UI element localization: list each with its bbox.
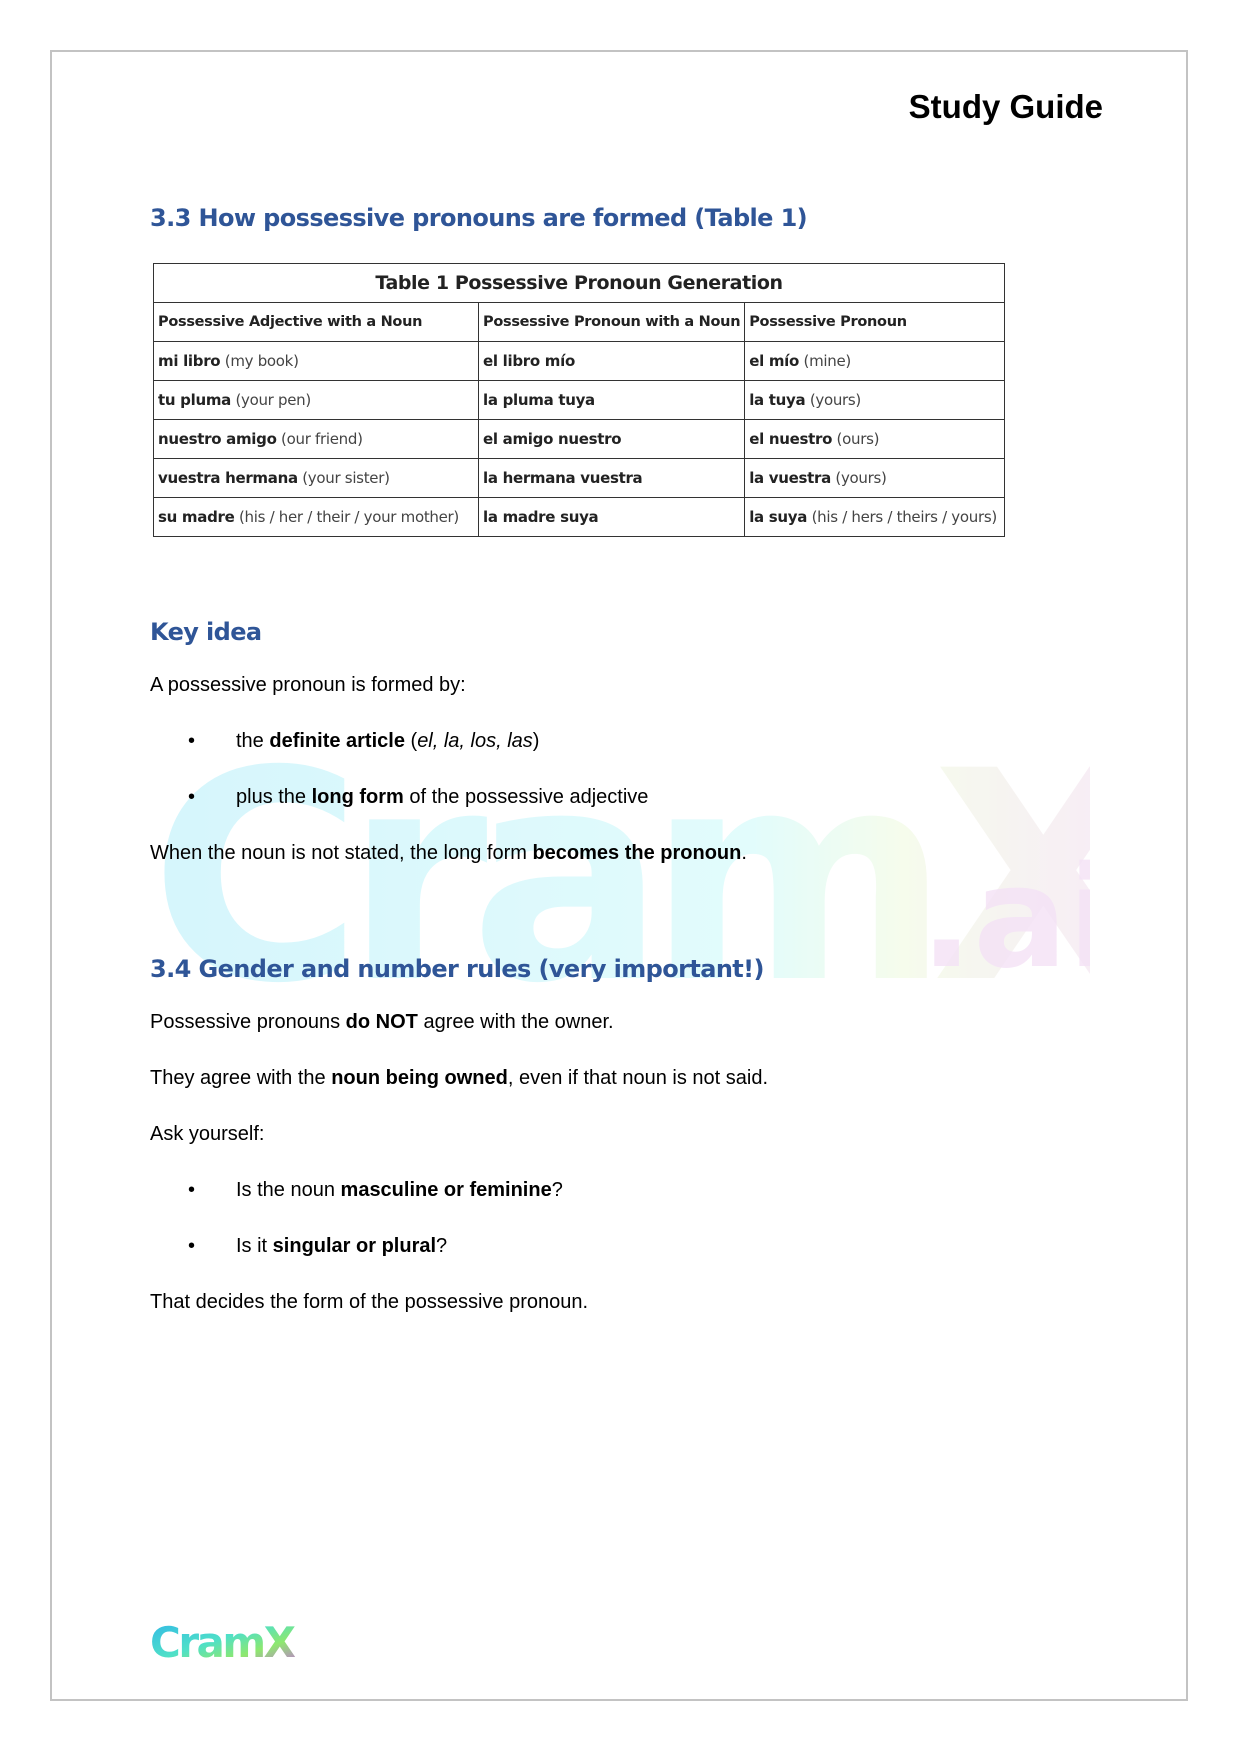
bullet-item: •the definite article (el, la, los, las)	[188, 730, 539, 753]
section-3-3-heading: 3.3 How possessive pronouns are formed (…	[150, 204, 807, 232]
adjective-cell: tu pluma (your pen)	[154, 381, 479, 420]
pronoun-cell: la suya (his / hers / theirs / yours)	[745, 498, 1005, 537]
table-row: vuestra hermana (your sister) la hermana…	[154, 459, 1005, 498]
pronoun-with-noun-cell: el libro mío	[479, 342, 745, 381]
adjective-cell: mi libro (my book)	[154, 342, 479, 381]
document-title: Study Guide	[909, 88, 1103, 126]
column-header: Possessive Pronoun	[745, 303, 1005, 342]
table-row: tu pluma (your pen) la pluma tuya la tuy…	[154, 381, 1005, 420]
key-idea-intro: A possessive pronoun is formed by:	[150, 674, 466, 697]
paragraph: That decides the form of the possessive …	[150, 1291, 588, 1314]
pronoun-with-noun-cell: la madre suya	[479, 498, 745, 537]
pronoun-with-noun-cell: el amigo nuestro	[479, 420, 745, 459]
adjective-cell: su madre (his / her / their / your mothe…	[154, 498, 479, 537]
cramx-footer-logo: CramX	[150, 1617, 300, 1667]
bullet-item: •Is the noun masculine or feminine?	[188, 1179, 563, 1202]
pronoun-cell: el nuestro (ours)	[745, 420, 1005, 459]
paragraph: They agree with the noun being owned, ev…	[150, 1067, 768, 1090]
adjective-cell: nuestro amigo (our friend)	[154, 420, 479, 459]
table-row: mi libro (my book) el libro mío el mío (…	[154, 342, 1005, 381]
bullet-icon: •	[188, 1235, 224, 1258]
table-header-row: Possessive Adjective with a Noun Possess…	[154, 303, 1005, 342]
adjective-cell: vuestra hermana (your sister)	[154, 459, 479, 498]
pronoun-with-noun-cell: la hermana vuestra	[479, 459, 745, 498]
table-row: su madre (his / her / their / your mothe…	[154, 498, 1005, 537]
pronoun-with-noun-cell: la pluma tuya	[479, 381, 745, 420]
pronoun-cell: la vuestra (yours)	[745, 459, 1005, 498]
bullet-icon: •	[188, 786, 224, 809]
pronoun-cell: la tuya (yours)	[745, 381, 1005, 420]
bullet-item: •Is it singular or plural?	[188, 1235, 447, 1258]
table-caption: Table 1 Possessive Pronoun Generation	[154, 264, 1005, 303]
table-row: nuestro amigo (our friend) el amigo nues…	[154, 420, 1005, 459]
bullet-icon: •	[188, 730, 224, 753]
pronoun-cell: el mío (mine)	[745, 342, 1005, 381]
svg-text:CramX: CramX	[150, 1618, 296, 1667]
bullet-item: •plus the long form of the possessive ad…	[188, 786, 648, 809]
section-3-4-heading: 3.4 Gender and number rules (very import…	[150, 955, 764, 983]
key-idea-heading: Key idea	[150, 618, 262, 646]
paragraph: Ask yourself:	[150, 1123, 264, 1146]
bullet-icon: •	[188, 1179, 224, 1202]
column-header: Possessive Pronoun with a Noun	[479, 303, 745, 342]
column-header: Possessive Adjective with a Noun	[154, 303, 479, 342]
key-idea-conclusion: When the noun is not stated, the long fo…	[150, 842, 747, 865]
possessive-pronoun-table: Table 1 Possessive Pronoun Generation Po…	[153, 263, 1005, 537]
paragraph: Possessive pronouns do NOT agree with th…	[150, 1011, 614, 1034]
